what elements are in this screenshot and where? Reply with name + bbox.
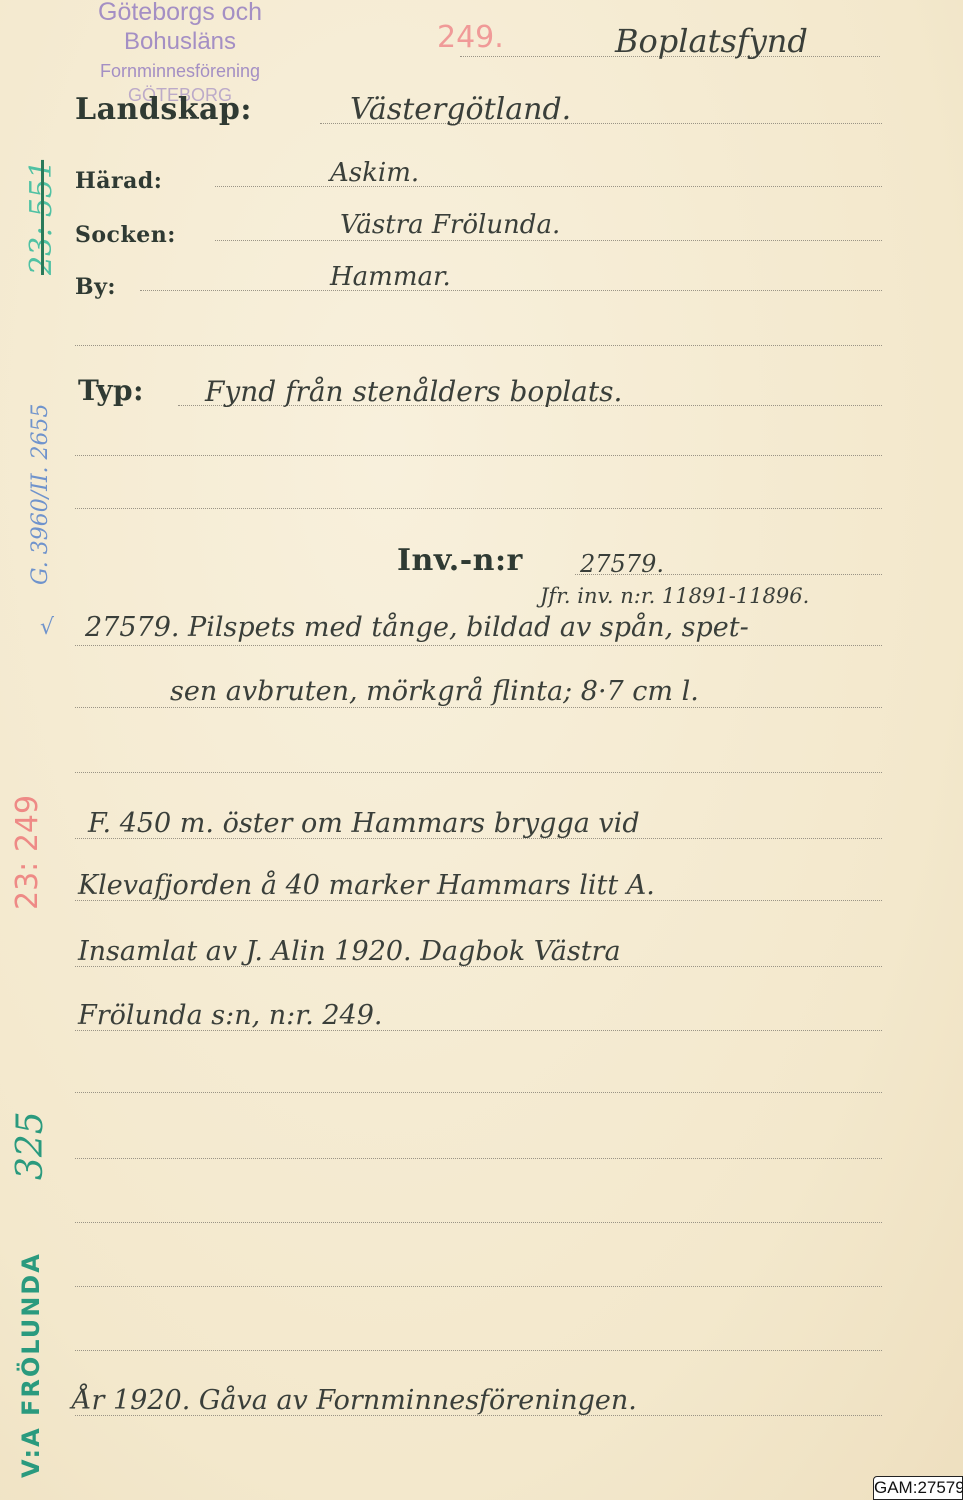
blank-line-2 xyxy=(75,455,882,456)
by-line xyxy=(140,290,882,291)
socken-line xyxy=(215,240,882,241)
gam-id-badge: GAM:27579 xyxy=(873,1476,963,1500)
stamp-line-2: Bohusläns xyxy=(55,30,305,62)
find-info-line-4: Frölunda s:n, n:r. 249. xyxy=(78,1000,383,1031)
margin-green-stamp: V:A FRÖLUNDA xyxy=(17,1252,45,1478)
margin-green-number: 325 xyxy=(10,1111,51,1180)
acquisition-text: År 1920. Gåva av Fornminnesföreningen. xyxy=(72,1385,637,1416)
blank-line-6 xyxy=(75,1158,882,1159)
margin-green-crossed-number: 23: 551 xyxy=(24,160,59,275)
blank-line-3 xyxy=(75,508,882,509)
inv-cross-ref: Jfr. inv. n:r. 11891-11896. xyxy=(540,584,809,608)
desc-line-1 xyxy=(75,645,882,646)
inv-label: Inv.-n:r xyxy=(397,543,523,578)
by-value: Hammar. xyxy=(330,262,451,292)
blank-line-5 xyxy=(75,1092,882,1093)
stamp-line-3: Fornminnesförening xyxy=(55,62,305,86)
margin-red-reference: 23: 249 xyxy=(10,795,45,910)
blank-line-4 xyxy=(75,772,882,773)
blank-line-9 xyxy=(75,1350,882,1351)
stamp-line-1: Göteborgs och xyxy=(55,0,305,30)
margin-blue-reference: G. 3960/II. 2655 xyxy=(28,403,53,585)
find-info-line-3: Insamlat av J. Alin 1920. Dagbok Västra xyxy=(78,936,621,967)
socken-value: Västra Frölunda. xyxy=(340,210,560,240)
by-label: By: xyxy=(75,274,116,300)
typ-value: Fynd från stenålders boplats. xyxy=(205,375,622,408)
red-number: 249. xyxy=(437,20,504,55)
landskap-label: Landskap: xyxy=(75,92,252,127)
society-stamp: Göteborgs och Bohusläns Fornminnesföreni… xyxy=(55,0,305,104)
description-line-2: sen avbruten, mörkgrå flinta; 8·7 cm l. xyxy=(170,676,699,707)
typ-label: Typ: xyxy=(78,374,144,407)
harad-value: Askim. xyxy=(330,158,419,188)
find-info-line-2: Klevafjorden å 40 marker Hammars litt A. xyxy=(78,870,655,901)
blank-line-7 xyxy=(75,1222,882,1223)
inv-number: 27579. xyxy=(580,550,664,578)
harad-line xyxy=(215,186,882,187)
desc-line-2 xyxy=(75,707,882,708)
category-text: Boplatsfynd xyxy=(615,22,808,60)
landskap-value: Västergötland. xyxy=(350,92,571,127)
harad-label: Härad: xyxy=(75,168,162,194)
socken-label: Socken: xyxy=(75,222,176,248)
description-line-1: 27579. Pilspets med tånge, bildad av spå… xyxy=(85,612,749,643)
blank-line-1 xyxy=(75,345,882,346)
blank-line-8 xyxy=(75,1286,882,1287)
find-info-line-1: F. 450 m. öster om Hammars brygga vid xyxy=(88,808,640,839)
check-mark: √ xyxy=(40,615,54,640)
